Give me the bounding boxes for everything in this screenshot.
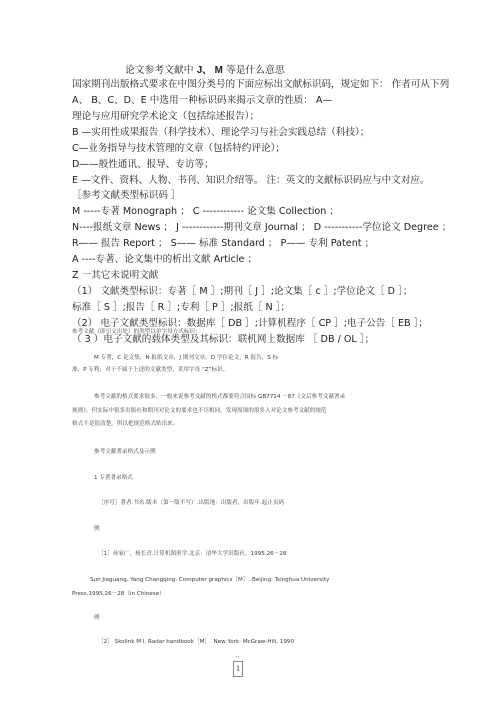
page-number: 1 bbox=[233, 661, 243, 677]
code-e-desc: E —文件、资料、人物、书刊、知识介绍等。 注：英文的文献标识码应与中文对应。 bbox=[72, 174, 430, 187]
types-line-1: M 专著，C 论文集，N 报纸文章，J 期刊文章，D 学位论文，R 报告，S 标 bbox=[94, 354, 278, 362]
types-intro: 参考文献（即引文出处）的类型以单字母方式标识： bbox=[72, 328, 201, 336]
code-d-desc: D——般性通讯、报导、专访等； bbox=[72, 158, 214, 171]
monograph-format-template: ［序号］著者.书名.版本（第一版不写）.出版地：出版者，出版年.起止页码 bbox=[98, 499, 284, 507]
title-codes: J、 M bbox=[197, 65, 223, 76]
type-code-line-4: A ----专著、论文集中的析出文献 Article ； bbox=[72, 253, 257, 266]
type-code-line-2: N----报纸文章 News ； J ------------期刊文章 Jour… bbox=[72, 221, 451, 234]
type-codes-heading: ［参考文献类型标识码 ］ bbox=[72, 189, 181, 202]
format-paragraph-line-3: 格式不是很清楚，所以把规范格式贴出来。 bbox=[72, 420, 178, 428]
title-suffix: 等是什么意思 bbox=[223, 65, 285, 76]
intro-line-2: A、 B、C、D、E 中选用一种标识码来揭示文章的性质： A— bbox=[72, 94, 332, 107]
intro-line-1: 国家期刊出版格式要求在中图分类号的下面应标出文献标识码，规定如下： 作者可从下列 bbox=[72, 78, 449, 91]
code-c-desc: C—业务指导与技术管理的文章（包括特约评论）； bbox=[72, 142, 285, 155]
section-heading: 参考文献著录格式及示例 bbox=[94, 448, 156, 456]
type-code-line-5: Z 一其它未说明文献 bbox=[72, 269, 158, 282]
doc-type-ids-line-1: （1） 文献类型标识：专著［ M ］;期刊［ J ］;论文集［ c ］;学位论文… bbox=[72, 285, 412, 298]
document-title: 论文参考文献中 J、 M 等是什么意思 bbox=[125, 64, 285, 77]
type-code-line-3: R—— 报告 Report ； S—— 标准 Standard ； P—— 专利… bbox=[72, 237, 374, 250]
example-1: ［1］孙家广，杨长青.计算机图形学.北京：清华大学出版社，1995.26－28 bbox=[98, 550, 286, 558]
types-line-2: 准，P 专利；对于不属于上述的文献类型，采用字母 “Z”标识。 bbox=[72, 366, 228, 374]
type-code-line-1: M -----专著 Monograph ； C ------------ 论文集… bbox=[72, 205, 339, 218]
title-prefix: 论文参考文献中 bbox=[125, 65, 197, 76]
doc-type-ids-line-2: 标准［ S ］;报告［ R ］;专利［ P ］;报纸［ N ］； bbox=[72, 301, 290, 314]
example-1-english-line-2: Press,1995.26－28（in Chinese） bbox=[72, 590, 165, 598]
format-paragraph-line-1: 参考文献的格式要求很多，一般来说参考文献的格式都要符合国标 GB7714 －87… bbox=[94, 393, 345, 401]
code-b-desc: B —实用性成果报告（科学技术）、理论学习与社会实践总结（科技）； bbox=[72, 126, 369, 139]
example-label-2: 例 bbox=[94, 614, 100, 622]
example-2: ［2］ Skolink M I. Radar handbook［M］. New … bbox=[98, 638, 294, 646]
example-1-english-line-1: Sun Jiaguang, Yang Changqing. Computer g… bbox=[90, 576, 329, 584]
page-number-tick bbox=[236, 656, 239, 659]
code-a-desc: 理论与应用研究学术论文（包括综述报告）； bbox=[72, 110, 259, 123]
example-label-1: 例 bbox=[94, 525, 100, 533]
monograph-format-heading: 1 专著著录格式 bbox=[94, 474, 133, 482]
format-paragraph-line-2: 规则》，但实际中很多出版社和期刊对论文的要求也不尽相同。发现周围的很多人对论文参… bbox=[72, 407, 327, 415]
